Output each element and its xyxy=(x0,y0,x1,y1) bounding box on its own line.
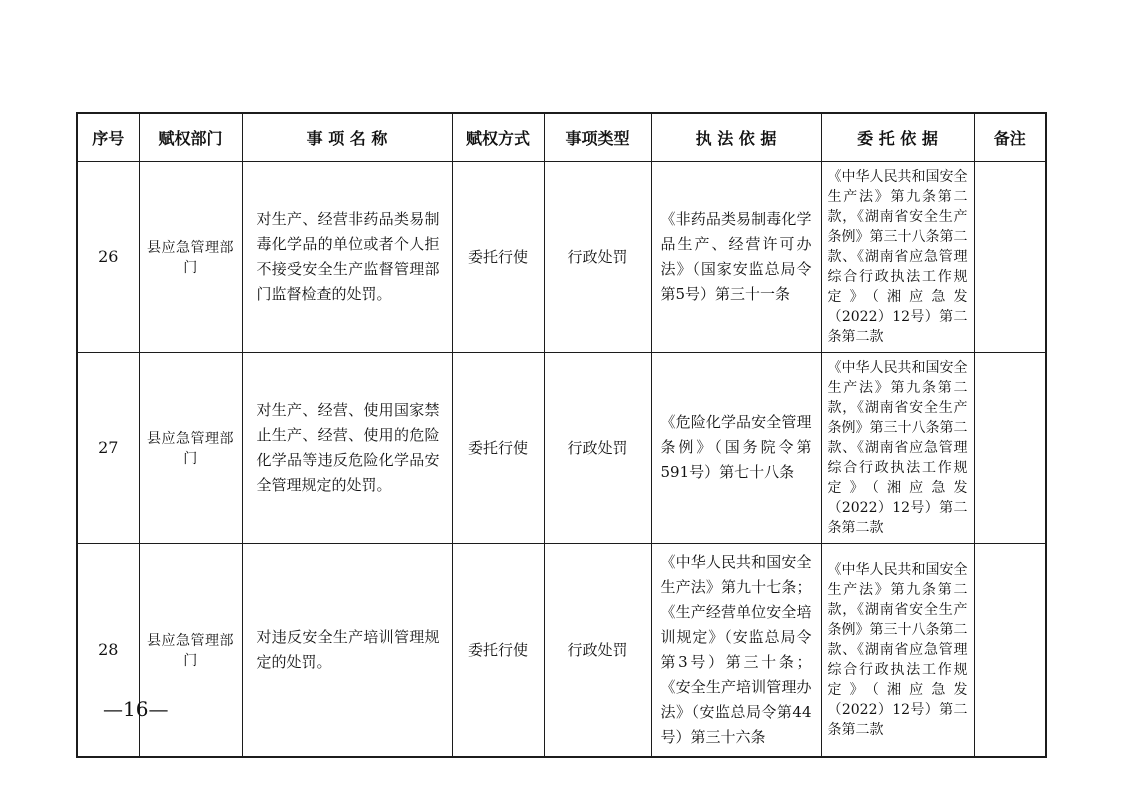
col-header-department: 赋权部门 xyxy=(139,113,242,161)
cell-delegation-basis: 《中华人民共和国安全生产法》第九条第二款，《湖南省安全生产条例》第三十八条第二款… xyxy=(821,352,974,543)
cell-type: 行政处罚 xyxy=(544,161,651,352)
cell-legal-basis: 《危险化学品安全管理条例》（国务院令第591号）第七十八条 xyxy=(651,352,821,543)
col-header-method: 赋权方式 xyxy=(452,113,544,161)
cell-seq: 27 xyxy=(77,352,139,543)
col-header-legal-basis: 执 法 依 据 xyxy=(651,113,821,161)
table-row: 27 县应急管理部门 对生产、经营、使用国家禁止生产、经营、使用的危险化学品等违… xyxy=(77,352,1046,543)
cell-legal-basis: 《中华人民共和国安全生产法》第九十七条；《生产经营单位安全培训规定》（安监总局令… xyxy=(651,543,821,757)
col-header-delegation-basis: 委 托 依 据 xyxy=(821,113,974,161)
cell-item-name: 对生产、经营非药品类易制毒化学品的单位或者个人拒不接受安全生产监督管理部门监督检… xyxy=(242,161,452,352)
table-header-row: 序号 赋权部门 事 项 名 称 赋权方式 事项类型 执 法 依 据 委 托 依 … xyxy=(77,113,1046,161)
cell-delegation-basis: 《中华人民共和国安全生产法》第九条第二款，《湖南省安全生产条例》第三十八条第二款… xyxy=(821,543,974,757)
cell-department: 县应急管理部门 xyxy=(139,161,242,352)
col-header-remark: 备注 xyxy=(974,113,1046,161)
page-number: —16— xyxy=(103,697,168,721)
cell-legal-basis: 《非药品类易制毒化学品生产、经营许可办法》（国家安监总局令第5号）第三十一条 xyxy=(651,161,821,352)
cell-remark xyxy=(974,543,1046,757)
cell-seq: 26 xyxy=(77,161,139,352)
cell-seq: 28 xyxy=(77,543,139,757)
cell-method: 委托行使 xyxy=(452,543,544,757)
cell-type: 行政处罚 xyxy=(544,543,651,757)
cell-remark xyxy=(974,161,1046,352)
col-header-seq: 序号 xyxy=(77,113,139,161)
table-row: 28 县应急管理部门 对违反安全生产培训管理规定的处罚。 委托行使 行政处罚 《… xyxy=(77,543,1046,757)
cell-item-name: 对生产、经营、使用国家禁止生产、经营、使用的危险化学品等违反危险化学品安全管理规… xyxy=(242,352,452,543)
col-header-type: 事项类型 xyxy=(544,113,651,161)
cell-remark xyxy=(974,352,1046,543)
delegation-items-table: 序号 赋权部门 事 项 名 称 赋权方式 事项类型 执 法 依 据 委 托 依 … xyxy=(76,112,1047,758)
table-row: 26 县应急管理部门 对生产、经营非药品类易制毒化学品的单位或者个人拒不接受安全… xyxy=(77,161,1046,352)
cell-item-name: 对违反安全生产培训管理规定的处罚。 xyxy=(242,543,452,757)
cell-method: 委托行使 xyxy=(452,352,544,543)
cell-type: 行政处罚 xyxy=(544,352,651,543)
cell-department: 县应急管理部门 xyxy=(139,352,242,543)
cell-department: 县应急管理部门 xyxy=(139,543,242,757)
document-page: 序号 赋权部门 事 项 名 称 赋权方式 事项类型 执 法 依 据 委 托 依 … xyxy=(0,0,1122,793)
cell-delegation-basis: 《中华人民共和国安全生产法》第九条第二款，《湖南省安全生产条例》第三十八条第二款… xyxy=(821,161,974,352)
cell-method: 委托行使 xyxy=(452,161,544,352)
col-header-item-name: 事 项 名 称 xyxy=(242,113,452,161)
